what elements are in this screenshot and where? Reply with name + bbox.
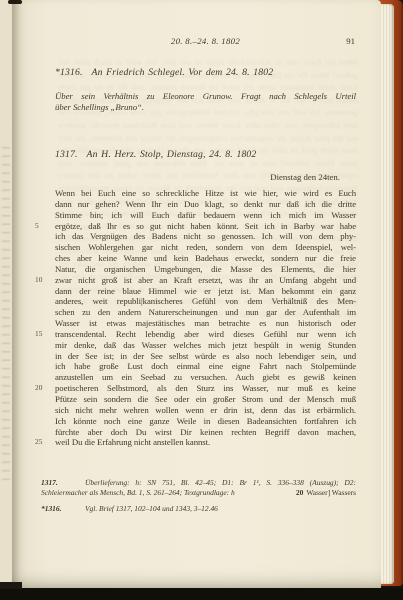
body-line: anderes, weit republi|kanischeres Gefühl… [55,296,356,307]
body-line-text: dann der reine blaue Himmel wie er jetzt… [55,286,356,296]
variant-note: 20Wasser] Wassers [296,488,356,498]
letter-1317-heading: 1317.An H. Herz. Stolp, Dienstag, 24. 8.… [55,149,356,160]
body-line-text: Wenn bei Euch eine so schreckliche Hitze… [55,188,356,198]
line-number: 25 [35,437,50,448]
apparatus-line: 1317.Überlieferung: h: SN 751, Bl. 42–45… [41,478,356,488]
body-line-text: poetischeren Selbstmord, als den Sturz i… [55,383,356,393]
body-line-text: in der See ist; in der See selbst würde … [55,351,356,361]
apparatus-text: Schleiermacher als Mensch, Bd. 1, S. 261… [41,488,235,498]
body-line-text: Ich könnte noch eine ganze Weile in dies… [55,416,356,426]
body-line: 25weil Du die Erfahrung nicht anstellen … [55,437,356,448]
body-line: Ich könnte noch eine ganze Weile in dies… [55,416,356,427]
body-line: schen zu den andern Naturerscheinungen u… [55,307,356,318]
line-number: 20 [35,383,50,394]
letter-body: Wenn bei Euch eine so schreckliche Hitze… [55,188,356,448]
body-line-text: ich das Vergnügen des Badens nicht so ge… [55,231,356,241]
book-photo: { "colors": { "page": "#f1ecd9", "ink": … [0,0,403,600]
body-line-text: transcendental. Recht lebendig aber wird… [55,329,356,339]
summary-line: über Schellings „Bruno“. [55,102,356,113]
apparatus-text: Vgl. Brief 1317, 102–104 und 1343, 3–12.… [85,504,218,513]
apparatus-line: Schleiermacher als Mensch, Bd. 1, S. 261… [41,488,356,498]
apparatus-entry-1317: 1317.Überlieferung: h: SN 751, Bl. 42–45… [41,478,356,498]
dateline: Dienstag den 24ten. [55,172,356,183]
apparatus-entry-1316: *1316.Vgl. Brief 1317, 102–104 und 1343,… [41,504,356,514]
body-line: ich habe große Lust doch einmal eine eig… [55,361,356,372]
body-line: in der See ist; in der See selbst würde … [55,351,356,362]
body-line-text: ergötze, daß Ihr es so gut nicht haben k… [55,221,356,231]
body-line-text: sich nicht mehr wehren wollen wenn er dr… [55,405,356,415]
variant-line-number: 20 [296,488,303,497]
body-line: dann nur gehen? Wenn Ihr ein Duo klagt, … [55,199,356,210]
body-line-text: ich habe große Lust doch einmal eine eig… [55,361,356,371]
body-line: sich nicht mehr wehren wollen wenn er dr… [55,405,356,416]
letter-1316-summary: Über sein Verhältnis zu Eleonore Grunow.… [55,91,356,112]
body-line: 20poetischeren Selbstmord, als den Sturz… [55,383,356,394]
heading-label: *1316. [55,67,83,78]
body-line-text: Pfütze sein sondern die See oder ein gro… [55,394,356,404]
body-line-text: dann nur gehen? Wenn Ihr ein Duo klagt, … [55,199,356,209]
body-line-text: Natur, die organischen Umgebungen, die M… [55,264,356,274]
body-line-text: zwar nicht groß ist aber an Kraft ersetz… [55,275,356,285]
body-line-text: mir denke, daß das Wasser welches mich j… [55,340,356,350]
body-line-text: weil Du die Erfahrung nicht anstellen ka… [55,437,210,447]
line-number: 15 [35,329,50,340]
body-line-text: sischen Wohlergehen gar nicht reden, son… [55,242,356,252]
variant-reading: Wasser] Wassers [306,488,356,497]
body-line: Stimme bin; ich will Euch dafür bedauern… [55,210,356,221]
page-number: 91 [346,36,355,46]
body-line: Wenn bei Euch eine so schreckliche Hitze… [55,188,356,199]
body-line: 5ergötze, daß Ihr es so gut nicht haben … [55,221,356,232]
summary-line: Über sein Verhältnis zu Eleonore Grunow.… [55,91,356,102]
line-number: 10 [35,275,50,286]
body-line: sischen Wohlergehen gar nicht reden, son… [55,242,356,253]
heading-title: An H. Herz. Stolp, Dienstag, 24. 8. 1802 [87,149,257,160]
body-line: Wasser ist etwas majestätisches man betr… [55,318,356,329]
body-line-text: fürchte aber doch Du wirst Dir keinen re… [55,427,356,437]
corner-mark [8,0,22,4]
body-line: dann der reine blaue Himmel wie er jetzt… [55,286,356,297]
body-line-text: anderes, weit republi|kanischeres Gefühl… [55,296,356,306]
body-line: ich das Vergnügen des Badens nicht so ge… [55,231,356,242]
body-line-text: ches aber keine Wanne und kein Badehaus … [55,253,356,263]
body-line: 10zwar nicht groß ist aber an Kraft erse… [55,275,356,286]
apparatus-entry-label: *1316. [41,504,85,514]
body-line: Natur, die organischen Umgebungen, die M… [55,264,356,275]
body-line: Pfütze sein sondern die See oder ein gro… [55,394,356,405]
body-line-text: Stimme bin; ich will Euch dafür bedauern… [55,210,356,220]
body-line: fürchte aber doch Du wirst Dir keinen re… [55,427,356,438]
body-line: ches aber keine Wanne und kein Badehaus … [55,253,356,264]
body-line-text: Wasser ist etwas majestätisches man betr… [55,318,356,328]
heading-title: An Friedrich Schlegel. Vor dem 24. 8. 18… [92,67,274,78]
apparatus: 1317.Überlieferung: h: SN 751, Bl. 42–45… [41,478,356,514]
table-shadow [0,588,403,600]
text-block: 20. 8.–24. 8. 1802 91 *1316.An Friedrich… [55,36,356,514]
body-line: 15transcendental. Recht lebendig aber wi… [55,329,356,340]
heading-label: 1317. [55,149,78,160]
apparatus-entry-label: 1317. [41,478,85,488]
line-number: 5 [35,221,50,232]
body-line-text: anzustellen um ein Seebad zu versuchen. … [55,372,356,382]
apparatus-text: Überlieferung: h: SN 751, Bl. 42–45; D1:… [85,478,356,487]
letter-1316-heading: *1316.An Friedrich Schlegel. Vor dem 24.… [55,67,356,78]
body-line-text: schen zu den andern Naturerscheinungen u… [55,307,356,317]
body-line: anzustellen um ein Seebad zu versuchen. … [55,372,356,383]
running-head-dates: 20. 8.–24. 8. 1802 [55,36,356,46]
body-line: mir denke, daß das Wasser welches mich j… [55,340,356,351]
running-head: 20. 8.–24. 8. 1802 91 [55,36,356,47]
